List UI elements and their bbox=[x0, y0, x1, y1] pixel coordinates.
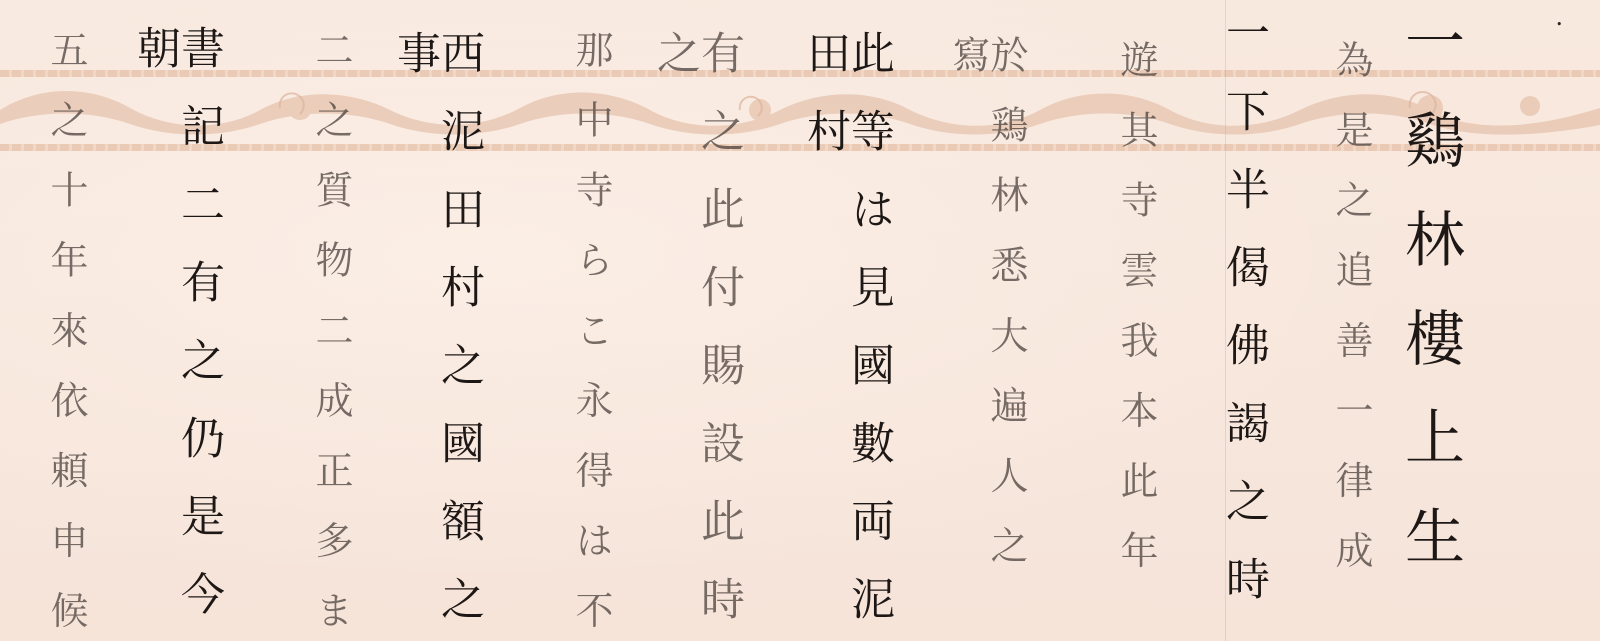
text-column-8: 那 中 寺 ら こ 永 得 は 不 bbox=[540, 30, 610, 639]
text-column-2: 為 是 之 追 善 一 律 成 bbox=[1300, 40, 1370, 579]
text-column-11: 書 記 二 有 之 仍 是 今 朝 bbox=[150, 25, 220, 641]
text-column-9: 西 泥 田 村 之 國 額 之 事 bbox=[410, 30, 480, 641]
text-column-7: 有 之 此 付 賜 設 此 時 之 bbox=[670, 30, 740, 641]
text-column-10: 二 之 質 物 二 成 正 多 ま bbox=[280, 30, 350, 639]
text-column-1: 一 鷄 林 樓 上 生 bbox=[1390, 10, 1460, 575]
text-column-12: 五 之 十 年 來 依 頼 申 候 bbox=[15, 30, 85, 639]
text-column-3: 一 下 半 偈 佛 謁 之 時 bbox=[1195, 10, 1265, 610]
text-column-6: 此 等 は 見 國 數 両 泥 田 村 bbox=[820, 30, 890, 641]
text-column-5: 於 鶏 林 悉 大 遍 人 之 寫 bbox=[955, 35, 1025, 641]
seal-mark: • bbox=[1556, 18, 1563, 31]
text-column-4: 遊 其 寺 雲 我 本 此 年 bbox=[1085, 40, 1155, 579]
